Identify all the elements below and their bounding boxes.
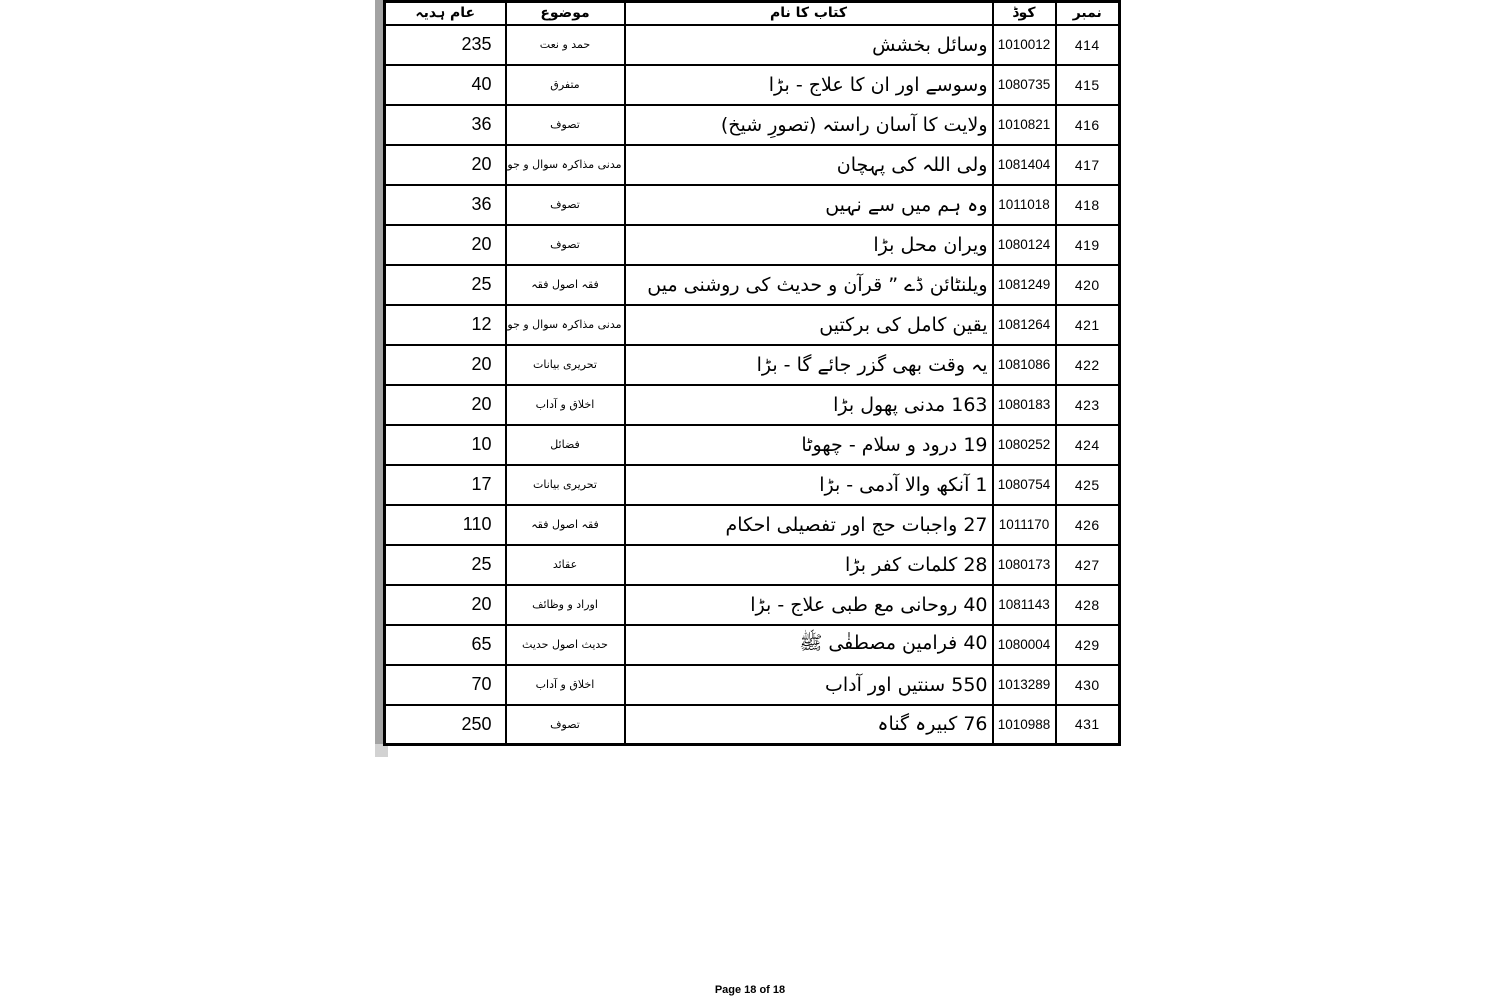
cell-book-name: وسوسے اور ان کا علاج - بڑا xyxy=(625,65,993,105)
cell-subject: فقہ اصول فقہ xyxy=(506,265,625,305)
cell-code: 1010988 xyxy=(993,705,1056,745)
table-row: 4181011018وہ ہم میں سے نہیںتصوف36 xyxy=(385,185,1120,225)
table-header-row: نمبر کوڈ کتاب کا نام موضوع عام ہدیہ xyxy=(385,2,1120,25)
cell-subject: اخلاق و آداب xyxy=(506,665,625,705)
cell-book-name: 28 کلمات کفر بڑا xyxy=(625,545,993,585)
cell-subject: تحریری بیانات xyxy=(506,345,625,385)
cell-book-name: ویلنٹائن ڈے ” قرآن و حدیث کی روشنی میں xyxy=(625,265,993,305)
cell-price: 250 xyxy=(385,705,506,745)
cell-subject: اوراد و وظائف xyxy=(506,585,625,625)
cell-code: 1081404 xyxy=(993,145,1056,185)
document-page: نمبر کوڈ کتاب کا نام موضوع عام ہدیہ 4141… xyxy=(0,0,1500,1000)
table-row: 4141010012وسائل بخششحمد و نعت235 xyxy=(385,25,1120,65)
cell-book-name: وسائل بخشش xyxy=(625,25,993,65)
cell-subject: اخلاق و آداب xyxy=(506,385,625,425)
cell-book-name: 27 واجبات حج اور تفصیلی احکام xyxy=(625,505,993,545)
cell-code: 1081086 xyxy=(993,345,1056,385)
cell-number: 417 xyxy=(1056,145,1120,185)
cell-code: 1081264 xyxy=(993,305,1056,345)
cell-price: 25 xyxy=(385,545,506,585)
table-row: 42510807541 آنکھ والا آدمی - بڑاتحریری ب… xyxy=(385,465,1120,505)
cell-number: 421 xyxy=(1056,305,1120,345)
cell-price: 36 xyxy=(385,185,506,225)
cell-number: 418 xyxy=(1056,185,1120,225)
cell-book-name: ولایت کا آسان راستہ (تصورِ شیخ) xyxy=(625,105,993,145)
cell-book-name: 163 مدنی پھول بڑا xyxy=(625,385,993,425)
cell-price: 25 xyxy=(385,265,506,305)
table-row: 4301013289550 سنتیں اور آداباخلاق و آداب… xyxy=(385,665,1120,705)
cell-price: 40 xyxy=(385,65,506,105)
cell-price: 235 xyxy=(385,25,506,65)
cell-subject: حدیث اصول حدیث xyxy=(506,625,625,665)
cell-price: 110 xyxy=(385,505,506,545)
cell-price: 20 xyxy=(385,345,506,385)
col-header-book-name: کتاب کا نام xyxy=(625,2,993,25)
cell-book-name: وہ ہم میں سے نہیں xyxy=(625,185,993,225)
cell-price: 20 xyxy=(385,225,506,265)
table-row: 429108000440 فرامین مصطفٰی ﷺحدیث اصول حد… xyxy=(385,625,1120,665)
table-row: 4151080735وسوسے اور ان کا علاج - بڑامتفر… xyxy=(385,65,1120,105)
cell-code: 1080735 xyxy=(993,65,1056,105)
cell-book-name: 1 آنکھ والا آدمی - بڑا xyxy=(625,465,993,505)
cell-code: 1080004 xyxy=(993,625,1056,665)
cell-code: 1080252 xyxy=(993,425,1056,465)
table-body: 4141010012وسائل بخششحمد و نعت23541510807… xyxy=(385,25,1120,745)
cell-number: 427 xyxy=(1056,545,1120,585)
table-row: 424108025219 درود و سلام - چھوٹافضائل10 xyxy=(385,425,1120,465)
cell-book-name: ویران محل بڑا xyxy=(625,225,993,265)
cell-subject: تحریری بیانات xyxy=(506,465,625,505)
col-header-subject: موضوع xyxy=(506,2,625,25)
cell-price: 12 xyxy=(385,305,506,345)
cell-book-name: 40 فرامین مصطفٰی ﷺ xyxy=(625,625,993,665)
cell-price: 20 xyxy=(385,385,506,425)
table-row: 4201081249ویلنٹائن ڈے ” قرآن و حدیث کی ر… xyxy=(385,265,1120,305)
table-row: 4231080183163 مدنی پھول بڑااخلاق و آداب2… xyxy=(385,385,1120,425)
cell-book-name: 19 درود و سلام - چھوٹا xyxy=(625,425,993,465)
cell-book-name: یہ وقت بھی گزر جائے گا - بڑا xyxy=(625,345,993,385)
cell-code: 1013289 xyxy=(993,665,1056,705)
cell-subject: تصوف xyxy=(506,705,625,745)
cell-book-name: 550 سنتیں اور آداب xyxy=(625,665,993,705)
cell-code: 1081143 xyxy=(993,585,1056,625)
cell-book-name: 40 روحانی مع طبی علاج - بڑا xyxy=(625,585,993,625)
cell-book-name: یقین کامل کی برکتیں xyxy=(625,305,993,345)
book-list-table: نمبر کوڈ کتاب کا نام موضوع عام ہدیہ 4141… xyxy=(383,0,1121,746)
cell-price: 20 xyxy=(385,585,506,625)
cell-price: 70 xyxy=(385,665,506,705)
table-row: 428108114340 روحانی مع طبی علاج - بڑااور… xyxy=(385,585,1120,625)
cell-price: 17 xyxy=(385,465,506,505)
cell-code: 1080173 xyxy=(993,545,1056,585)
cell-number: 419 xyxy=(1056,225,1120,265)
cell-number: 414 xyxy=(1056,25,1120,65)
cell-book-name: ولی اللہ کی پہچان xyxy=(625,145,993,185)
cell-book-name: 76 کبیرہ گناہ xyxy=(625,705,993,745)
cell-number: 416 xyxy=(1056,105,1120,145)
table-row: 4171081404ولی اللہ کی پہچانمدنی مذاکرہ س… xyxy=(385,145,1120,185)
col-header-price: عام ہدیہ xyxy=(385,2,506,25)
cell-number: 424 xyxy=(1056,425,1120,465)
cell-number: 430 xyxy=(1056,665,1120,705)
page-edge-shadow xyxy=(375,0,383,744)
cell-number: 431 xyxy=(1056,705,1120,745)
table-row: 4161010821ولایت کا آسان راستہ (تصورِ شیخ… xyxy=(385,105,1120,145)
cell-subject: فضائل xyxy=(506,425,625,465)
cell-number: 415 xyxy=(1056,65,1120,105)
table-row: 4221081086یہ وقت بھی گزر جائے گا - بڑاتح… xyxy=(385,345,1120,385)
cell-subject: مدنی مذاکرہ سوال و جواب xyxy=(506,305,625,345)
cell-subject: فقہ اصول فقہ xyxy=(506,505,625,545)
cell-subject: تصوف xyxy=(506,225,625,265)
cell-subject: تصوف xyxy=(506,185,625,225)
cell-code: 1011170 xyxy=(993,505,1056,545)
table-row: 431101098876 کبیرہ گناہتصوف250 xyxy=(385,705,1120,745)
cell-price: 65 xyxy=(385,625,506,665)
cell-number: 420 xyxy=(1056,265,1120,305)
cell-code: 1010012 xyxy=(993,25,1056,65)
cell-number: 425 xyxy=(1056,465,1120,505)
cell-number: 426 xyxy=(1056,505,1120,545)
cell-price: 36 xyxy=(385,105,506,145)
cell-subject: عقائد xyxy=(506,545,625,585)
page-footer: Page 18 of 18 xyxy=(0,984,1500,996)
cell-code: 1080183 xyxy=(993,385,1056,425)
cell-number: 428 xyxy=(1056,585,1120,625)
cell-code: 1081249 xyxy=(993,265,1056,305)
cell-number: 422 xyxy=(1056,345,1120,385)
table-row: 4191080124ویران محل بڑاتصوف20 xyxy=(385,225,1120,265)
cell-price: 20 xyxy=(385,145,506,185)
cell-number: 429 xyxy=(1056,625,1120,665)
cell-code: 1080754 xyxy=(993,465,1056,505)
cell-number: 423 xyxy=(1056,385,1120,425)
cell-subject: حمد و نعت xyxy=(506,25,625,65)
cell-code: 1080124 xyxy=(993,225,1056,265)
cell-price: 10 xyxy=(385,425,506,465)
cell-subject: مدنی مذاکرہ سوال و جواب xyxy=(506,145,625,185)
cell-code: 1011018 xyxy=(993,185,1056,225)
table-row: 427108017328 کلمات کفر بڑاعقائد25 xyxy=(385,545,1120,585)
table-row: 4211081264یقین کامل کی برکتیںمدنی مذاکرہ… xyxy=(385,305,1120,345)
cell-subject: متفرق xyxy=(506,65,625,105)
table-row: 426101117027 واجبات حج اور تفصیلی احکامف… xyxy=(385,505,1120,545)
col-header-code: کوڈ xyxy=(993,2,1056,25)
cell-code: 1010821 xyxy=(993,105,1056,145)
col-header-number: نمبر xyxy=(1056,2,1120,25)
cell-subject: تصوف xyxy=(506,105,625,145)
